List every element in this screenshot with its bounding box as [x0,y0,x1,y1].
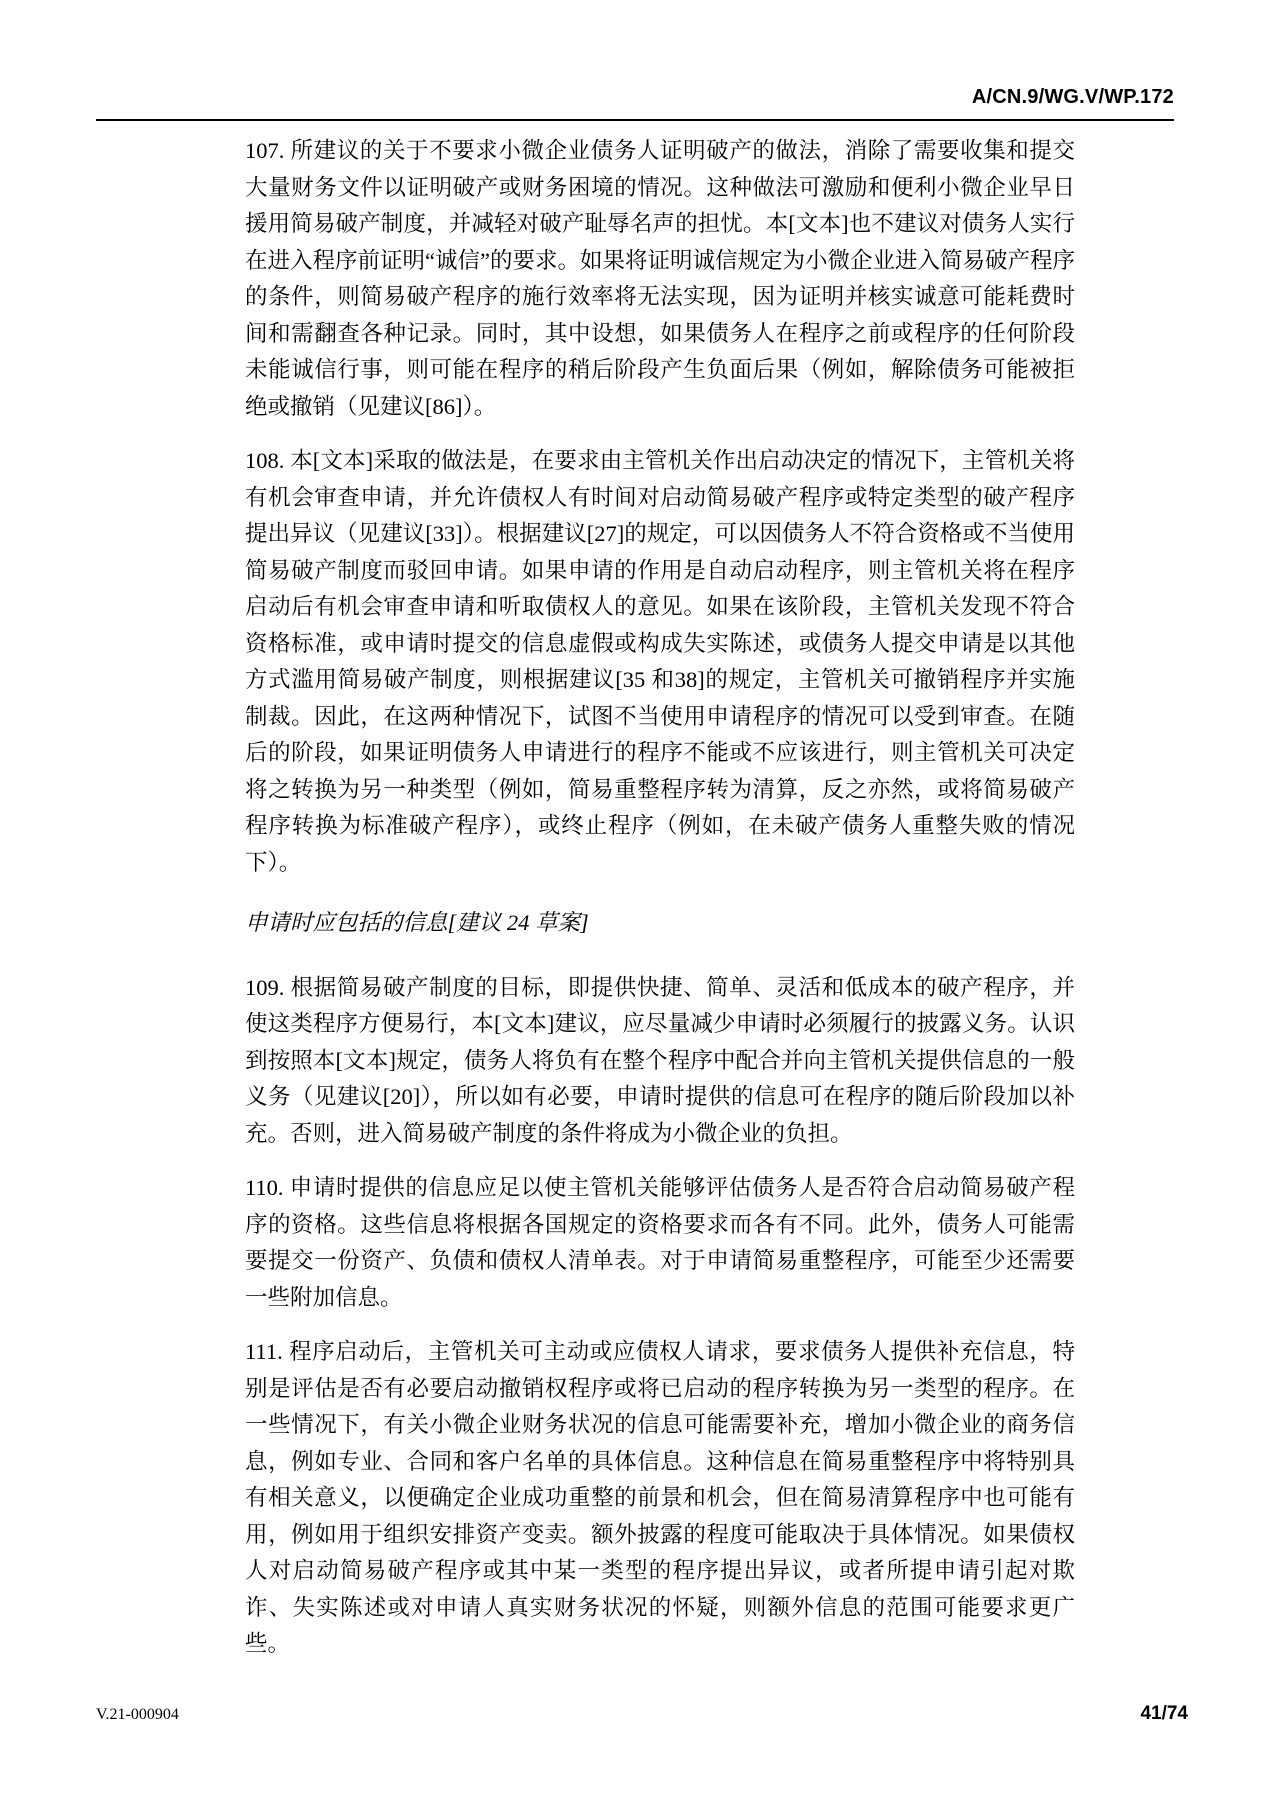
document-page: A/CN.9/WG.V/WP.172 107. 所建议的关于不要求小微企业债务人… [0,0,1280,1809]
paragraph-111: 111. 程序启动后，主管机关可主动或应债权人请求，要求债务人提供补充信息，特别… [245,1334,1075,1663]
document-body: 107. 所建议的关于不要求小微企业债务人证明破产的做法，消除了需要收集和提交大… [245,133,1075,1681]
footer-page-number: 41/74 [1140,1703,1188,1725]
footer-doc-id: V.21-000904 [96,1706,179,1724]
header-rule [96,119,1174,121]
page-footer: V.21-000904 41/74 [96,1703,1188,1725]
paragraph-109: 109. 根据简易破产制度的目标，即提供快捷、简单、灵活和低成本的破产程序，并使… [245,970,1075,1153]
paragraph-108: 108. 本[文本]采取的做法是，在要求由主管机关作出启动决定的情况下，主管机关… [245,443,1075,881]
paragraph-110: 110. 申请时提供的信息应足以使主管机关能够评估债务人是否符合启动简易破产程序… [245,1170,1075,1316]
section-heading-info-in-application: 申请时应包括的信息[建议 24 草案] [245,905,1075,942]
paragraph-107: 107. 所建议的关于不要求小微企业债务人证明破产的做法，消除了需要收集和提交大… [245,133,1075,425]
doc-number: A/CN.9/WG.V/WP.172 [96,86,1174,109]
